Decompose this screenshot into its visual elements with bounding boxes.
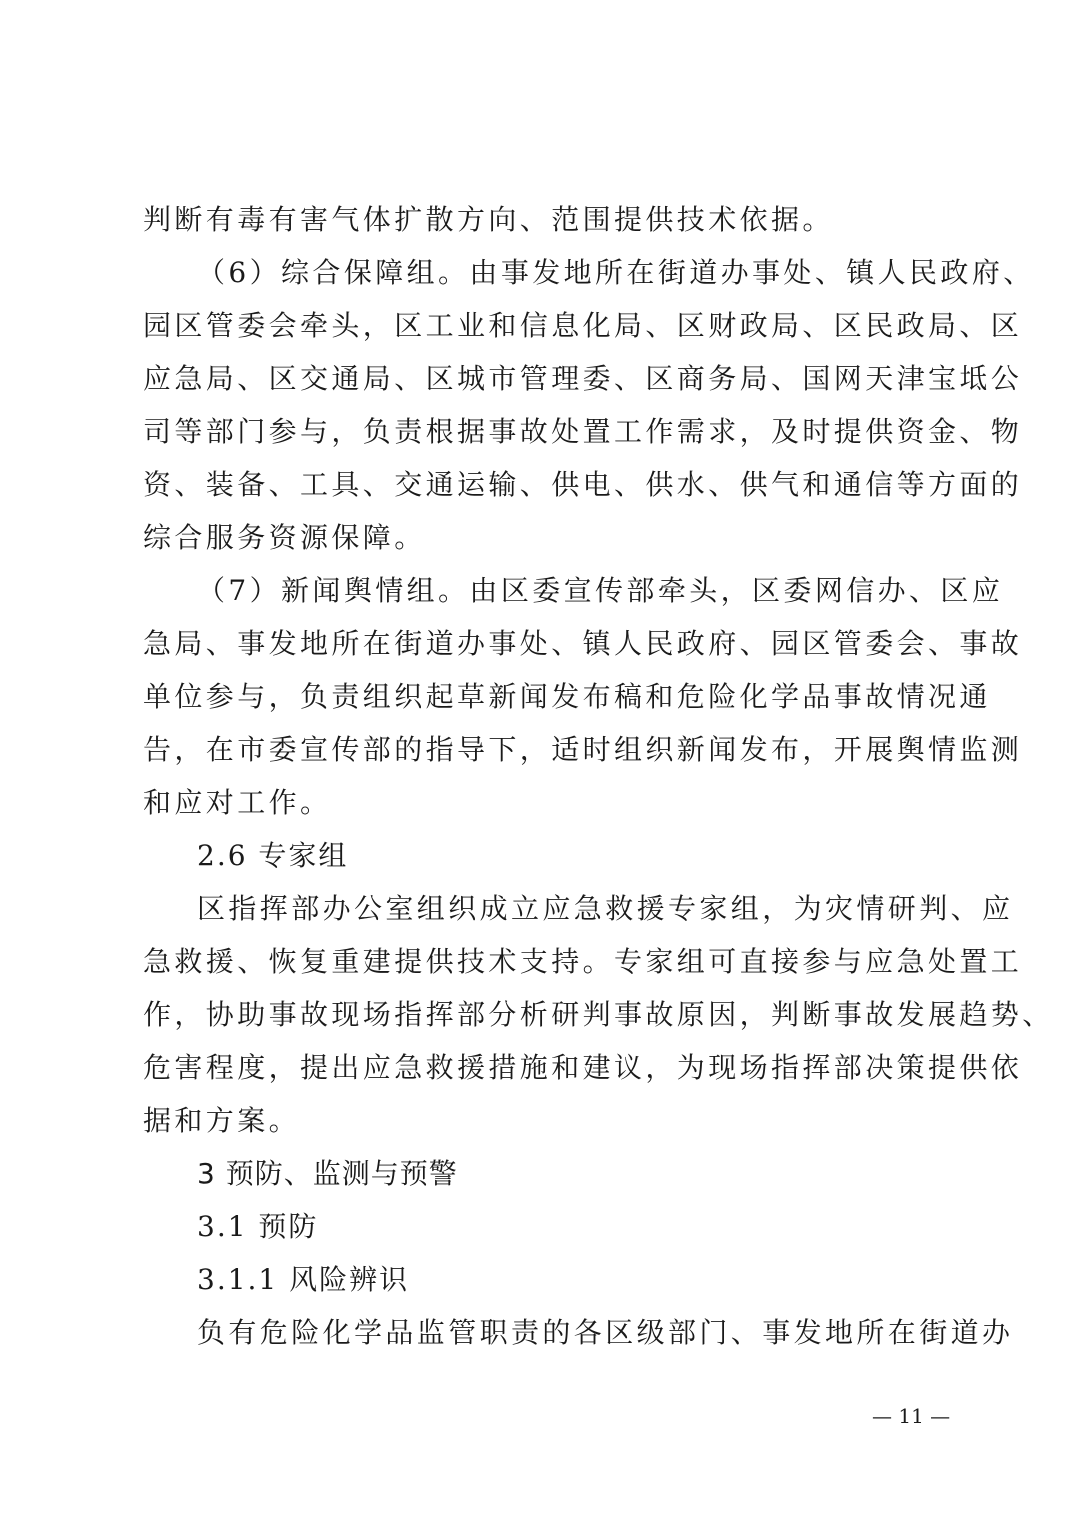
paragraph-line: 据和方案。 xyxy=(143,1103,943,1139)
paragraph-line: 负有危险化学品监管职责的各区级部门、事发地所在街道办 xyxy=(197,1315,997,1351)
page-number: — 11 — xyxy=(872,1404,950,1428)
paragraph-line: 告，在市委宣传部的指导下，适时组织新闻发布，开展舆情监测 xyxy=(143,732,943,768)
paragraph-line: 急局、事发地所在街道办事处、镇人民政府、园区管委会、事故 xyxy=(143,626,943,662)
paragraph-line: （7）新闻舆情组。由区委宣传部牵头，区委网信办、区应 xyxy=(197,573,997,609)
paragraph-line: 应急局、区交通局、区城市管理委、区商务局、国网天津宝坻公 xyxy=(143,361,943,397)
paragraph-line: （6）综合保障组。由事发地所在街道办事处、镇人民政府、 xyxy=(197,255,997,291)
paragraph-line: 急救援、恢复重建提供技术支持。专家组可直接参与应急处置工 xyxy=(143,944,943,980)
section-heading-2-6: 2.6 专家组 xyxy=(197,838,997,874)
paragraph-line: 区指挥部办公室组织成立应急救援专家组，为灾情研判、应 xyxy=(197,891,997,927)
paragraph-line: 资、装备、工具、交通运输、供电、供水、供气和通信等方面的 xyxy=(143,467,943,503)
paragraph-line: 作，协助事故现场指挥部分析研判事故原因，判断事故发展趋势、 xyxy=(143,997,943,1033)
paragraph-line: 单位参与，负责组织起草新闻发布稿和危险化学品事故情况通 xyxy=(143,679,943,715)
section-heading-3: 3 预防、监测与预警 xyxy=(197,1156,997,1192)
section-heading-3-1-1: 3.1.1 风险辨识 xyxy=(197,1262,997,1298)
paragraph-line: 司等部门参与，负责根据事故处置工作需求，及时提供资金、物 xyxy=(143,414,943,450)
paragraph-line: 综合服务资源保障。 xyxy=(143,520,943,556)
paragraph-line: 危害程度，提出应急救援措施和建议，为现场指挥部决策提供依 xyxy=(143,1050,943,1086)
section-heading-3-1: 3.1 预防 xyxy=(197,1209,997,1245)
paragraph-line: 和应对工作。 xyxy=(143,785,943,821)
document-page: 判断有毒有害气体扩散方向、范围提供技术依据。 （6）综合保障组。由事发地所在街道… xyxy=(0,0,1074,1520)
paragraph-line: 判断有毒有害气体扩散方向、范围提供技术依据。 xyxy=(143,202,943,238)
paragraph-line: 园区管委会牵头，区工业和信息化局、区财政局、区民政局、区 xyxy=(143,308,943,344)
